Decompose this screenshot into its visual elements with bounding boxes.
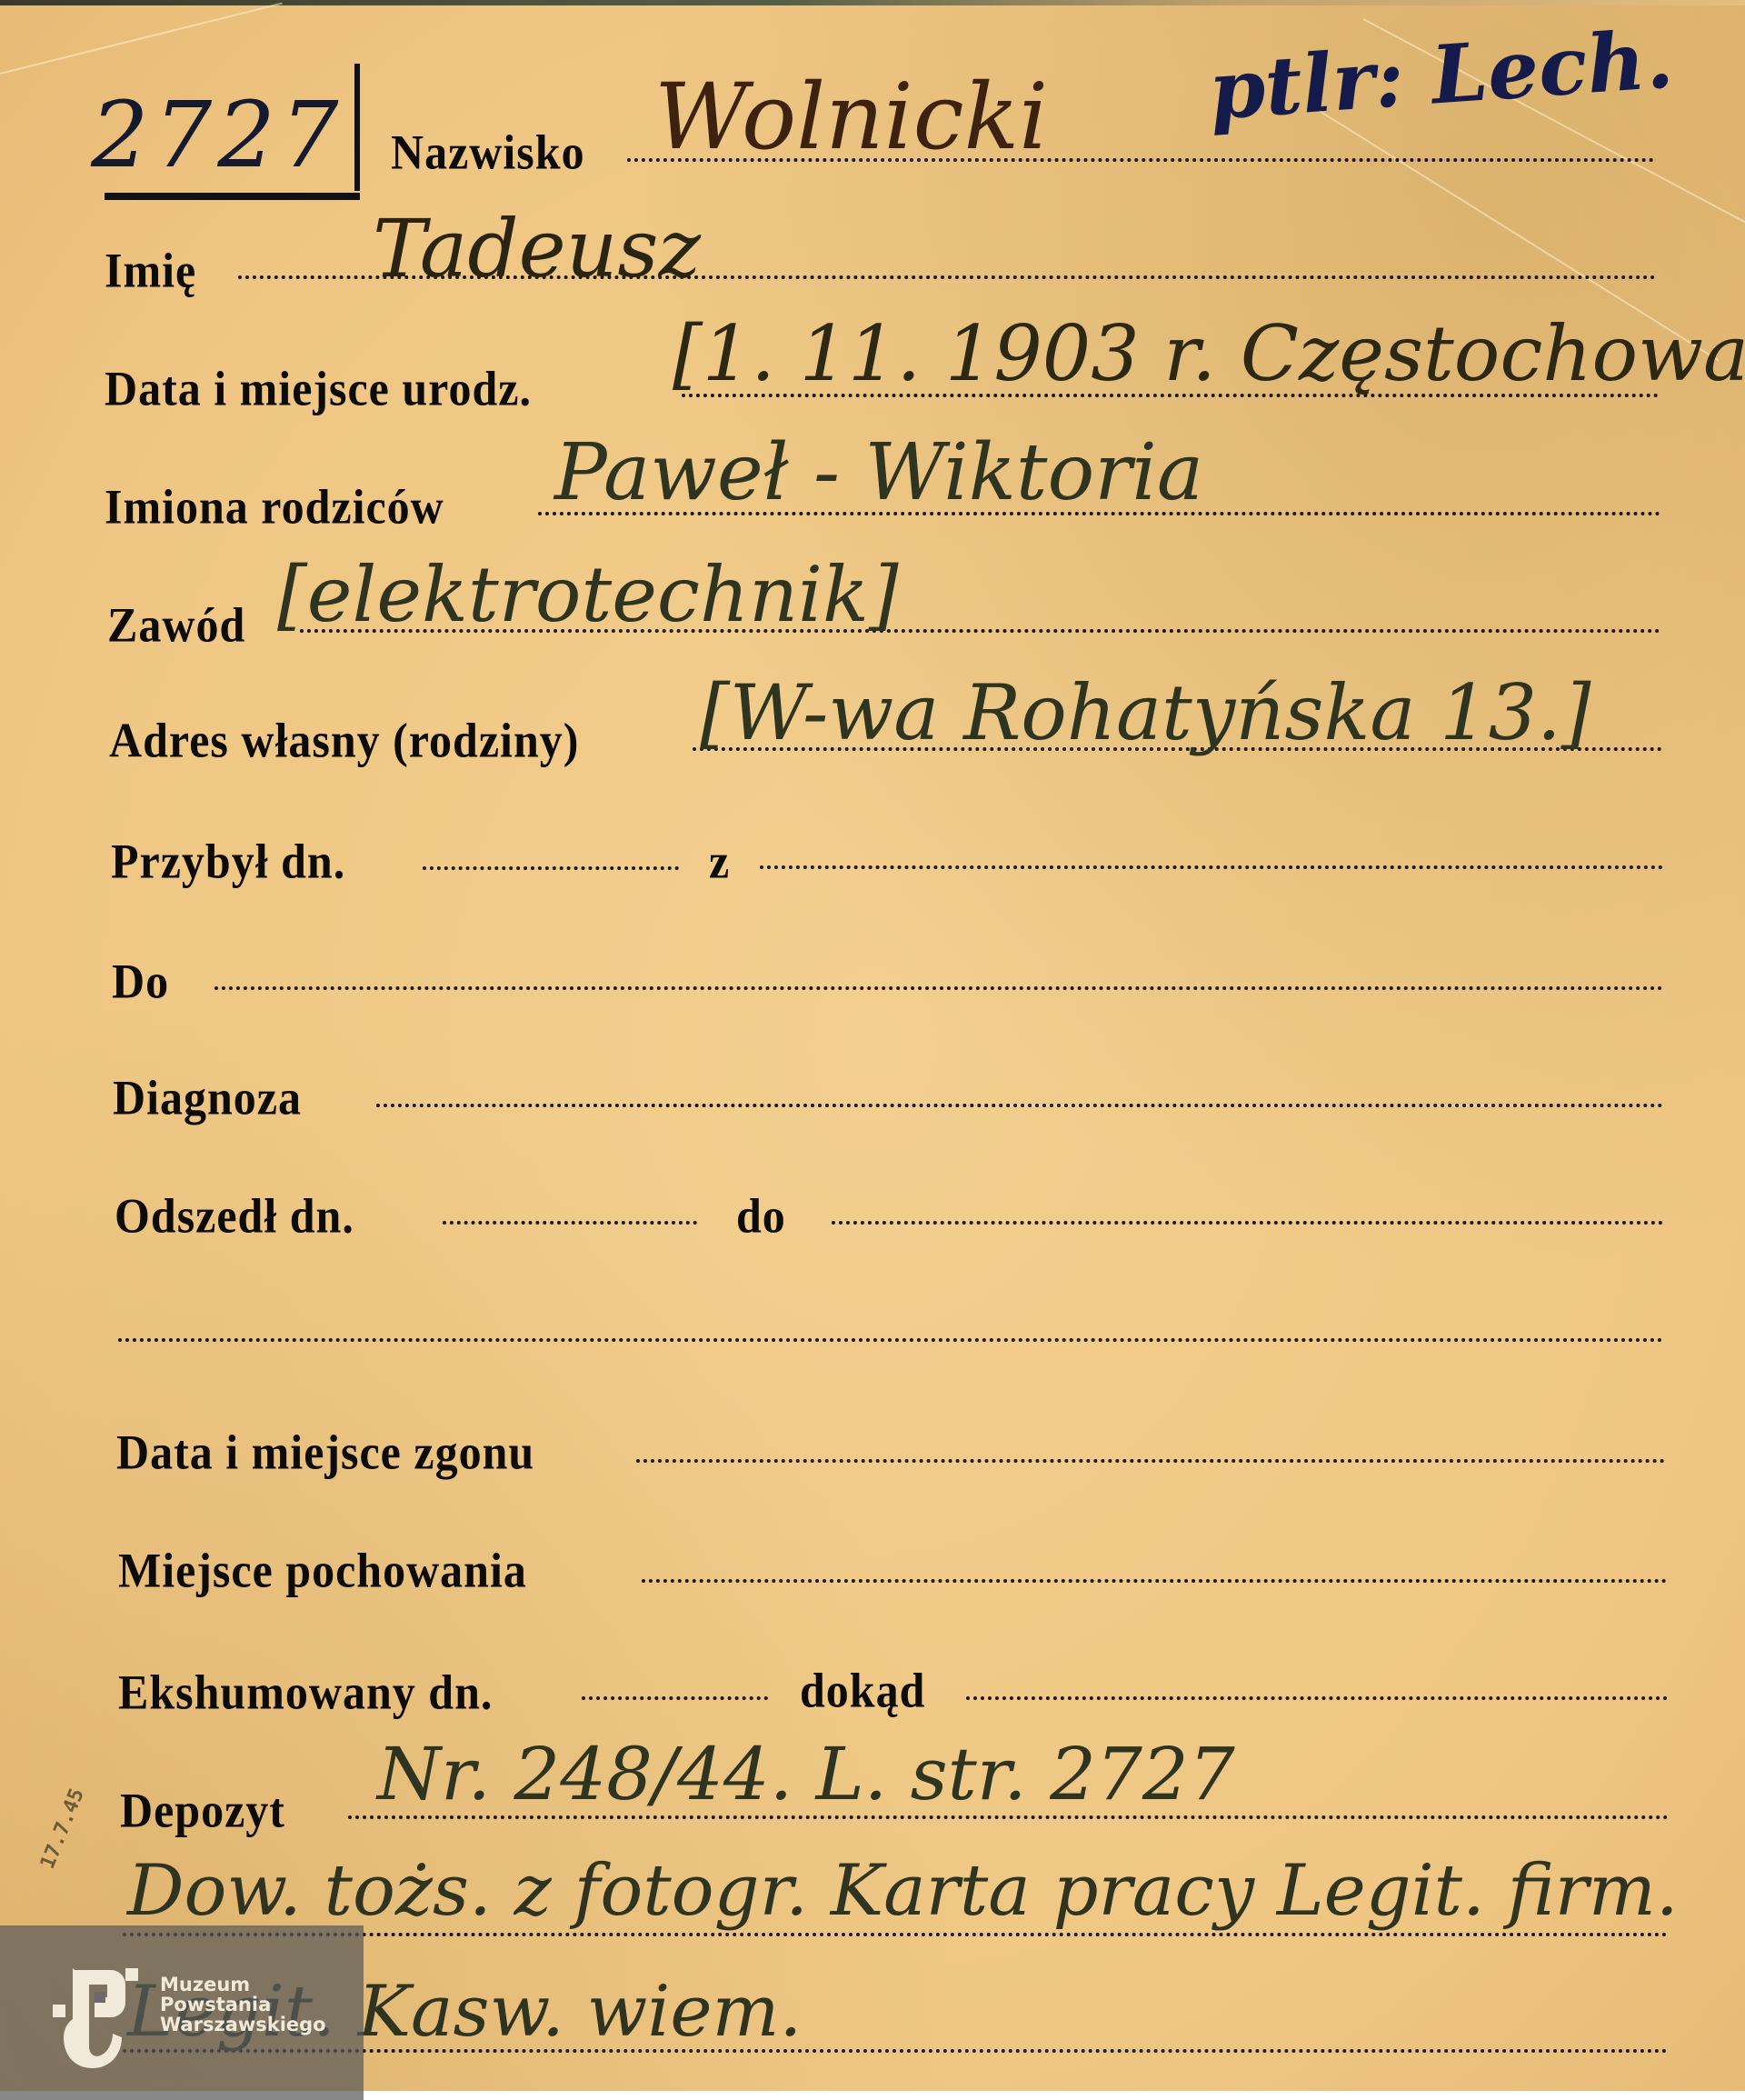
label-odszedl: Odszedł dn. bbox=[115, 1187, 354, 1245]
top-note: ptlr: Lech. bbox=[1206, 11, 1676, 137]
label-zawod: Zawód bbox=[107, 596, 245, 654]
field-line-blank bbox=[118, 1338, 1663, 1342]
label-pochowanie: Miejsce pochowania bbox=[118, 1542, 527, 1599]
label-nazwisko: Nazwisko bbox=[391, 124, 585, 181]
field-line-przybyl bbox=[423, 866, 679, 870]
field-line-odszedl-do bbox=[832, 1221, 1663, 1225]
label-diagnoza: Diagnoza bbox=[113, 1069, 302, 1126]
kotwica-logo-icon bbox=[47, 1959, 147, 2068]
field-line-z bbox=[760, 865, 1663, 869]
field-line-dokad bbox=[966, 1696, 1668, 1700]
field-line-pochowanie bbox=[642, 1579, 1667, 1583]
label-z: z bbox=[709, 833, 730, 890]
label-data-urodz: Data i miejsce urodz. bbox=[105, 360, 532, 417]
logo-line-2: Powstania bbox=[160, 1995, 326, 2015]
value-zawod: [elektrotechnik] bbox=[277, 550, 899, 639]
label-adres: Adres własny (rodziny) bbox=[109, 712, 579, 769]
value-data-urodz: [1. 11. 1903 r. Częstochowa] bbox=[673, 309, 1745, 398]
card-top-edge bbox=[0, 0, 1745, 5]
field-line-zgon bbox=[636, 1459, 1665, 1463]
value-depozyt: Nr. 248/44. L. str. 2727 bbox=[377, 1732, 1235, 1816]
value-rodzice: Paweł - Wiktoria bbox=[554, 427, 1203, 518]
card-number: 2727 bbox=[91, 82, 344, 188]
label-zgon: Data i miejsce zgonu bbox=[116, 1424, 534, 1481]
label-imie: Imię bbox=[105, 242, 196, 299]
field-line-diagnoza bbox=[376, 1104, 1663, 1107]
label-rodzice: Imiona rodziców bbox=[105, 478, 444, 535]
paper-crease bbox=[0, 3, 283, 75]
label-odszedl-do: do bbox=[736, 1187, 786, 1245]
number-box-underline bbox=[105, 193, 360, 200]
label-dokad: dokąd bbox=[800, 1662, 925, 1719]
depozyt-line-1: Dow. tożs. z fotogr. Karta pracy Legit. … bbox=[127, 1850, 1679, 1932]
value-adres: [W-wa Rohatyńska 13.] bbox=[700, 668, 1591, 757]
label-przybyl: Przybył dn. bbox=[111, 833, 345, 890]
field-line-do bbox=[214, 986, 1663, 990]
field-line-ekshumowany bbox=[582, 1696, 768, 1700]
museum-logo-text: Muzeum Powstania Warszawskiego bbox=[160, 1975, 326, 2035]
logo-line-1: Muzeum bbox=[160, 1975, 326, 1995]
number-box-divider bbox=[354, 64, 360, 191]
value-imie: Tadeusz bbox=[373, 202, 701, 295]
logo-line-3: Warszawskiego bbox=[160, 2015, 326, 2035]
label-ekshumowany: Ekshumowany dn. bbox=[118, 1664, 493, 1721]
index-card: 2727 ptlr: Lech. Nazwisko Wolnicki Imię … bbox=[0, 0, 1745, 2091]
field-line-odszedl bbox=[443, 1221, 697, 1225]
value-nazwisko: Wolnicki bbox=[654, 64, 1048, 170]
label-do: Do bbox=[112, 953, 169, 1010]
